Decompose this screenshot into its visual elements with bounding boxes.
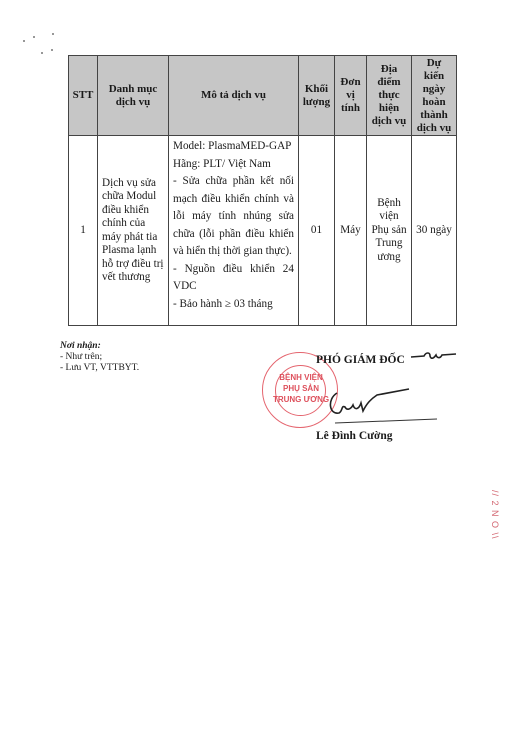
initials-mark-icon (410, 349, 458, 363)
scan-specks (0, 0, 100, 60)
cell-expected-days: 30 ngày (412, 136, 457, 326)
signer-title: PHÓ GIÁM ĐỐC (316, 354, 405, 366)
cell-description: Model: PlasmaMED-GAP Hãng: PLT/ Việt Nam… (169, 136, 299, 326)
header-category: Danh mục dịch vụ (98, 56, 169, 136)
cell-unit: Máy (335, 136, 367, 326)
header-expected-days: Dự kiến ngày hoàn thành dịch vụ (412, 56, 457, 136)
cell-quantity: 01 (299, 136, 335, 326)
recipients-title: Nơi nhận: (60, 341, 139, 352)
header-location: Địa điểm thực hiện dịch vụ (367, 56, 412, 136)
header-quantity: Khối lượng (299, 56, 335, 136)
recipient-item: - Như trên; (60, 352, 139, 363)
table-header-row: STT Danh mục dịch vụ Mô tả dịch vụ Khối … (69, 56, 457, 136)
margin-annotation: // 2 N O \\ (490, 490, 500, 540)
cell-category: Dịch vụ sửa chữa Modul điều khiển chính … (98, 136, 169, 326)
cell-location: Bệnh viện Phụ sản Trung ương (367, 136, 412, 326)
recipients-block: Nơi nhận: - Như trên; - Lưu VT, VTTBYT. (60, 341, 139, 374)
header-description: Mô tả dịch vụ (169, 56, 299, 136)
services-table: STT Danh mục dịch vụ Mô tả dịch vụ Khối … (68, 55, 457, 326)
header-unit: Đơn vị tính (335, 56, 367, 136)
header-stt: STT (69, 56, 98, 136)
signature-icon (325, 385, 445, 425)
stamp-text: BỆNH VIỆN PHỤ SẢN TRUNG ƯƠNG (269, 372, 333, 405)
recipient-item: - Lưu VT, VTTBYT. (60, 363, 139, 374)
table-row: 1 Dịch vụ sửa chữa Modul điều khiển chín… (69, 136, 457, 326)
cell-stt: 1 (69, 136, 98, 326)
signer-name: Lê Đình Cường (316, 430, 393, 442)
